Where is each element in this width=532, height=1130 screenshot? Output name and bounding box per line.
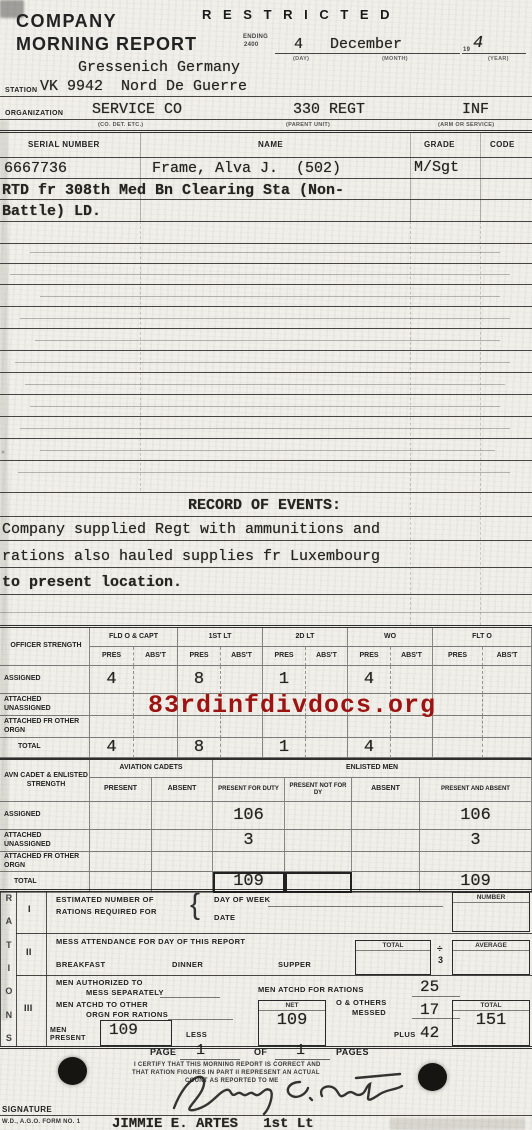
rations-total-value: 151 [453,1011,529,1030]
officer-row-label: TOTAL [0,738,90,758]
officer-sub-pres: PRES [90,647,134,666]
date-underline [275,53,460,54]
entry-remark-line1: RTD fr 308th Med Bn Clearing Sta (Non- [2,182,344,199]
officer-cell [483,716,532,738]
enlisted-col-header: ABSENT [152,778,213,802]
officer-row-label: ATTACHED UNASSIGNED [0,694,90,716]
plus-value: 42 [420,1024,439,1042]
officer-cell: 1 [263,738,306,758]
enlisted-group-cadets: AVIATION CADETS [90,760,213,778]
entry-remark-line2: Battle) LD. [2,203,101,220]
officer-sub-abst: ABS'T [483,647,532,666]
breakfast-label: BREAKFAST [56,961,105,969]
officer-cell: 8 [178,738,221,758]
officer-cell [134,738,178,758]
roster-col-serial: SERIAL NUMBER [28,141,100,150]
organization-underline [0,119,532,120]
officer-cell [433,738,483,758]
org-arm-caption: (ARM OR SERVICE) [438,122,494,128]
org-unit-caption: (CO. DET. ETC.) [98,122,143,128]
officer-cell [391,738,433,758]
station-underline [0,96,532,97]
enlisted-cell: 106 [213,802,285,830]
location-typed: Gressenich Germany [78,59,240,76]
brace-glyph: { [190,888,200,921]
enlisted-cell [352,830,420,852]
year-caption: (YEAR) [488,56,509,62]
officer-cell [134,666,178,694]
plus-label: PLUS [394,1031,416,1039]
page-label: PAGE [150,1048,176,1058]
officer-sub-pres: PRES [433,647,483,666]
rations-number-box: NUMBER [452,892,530,932]
officer-cell [483,738,532,758]
events-line3: to present location. [2,574,182,591]
roster-col-name: NAME [258,141,283,150]
punch-hole-left [58,1057,87,1085]
record-of-events-title: RECORD OF EVENTS: [188,497,341,514]
mess-total-box: TOTAL [355,940,431,975]
enlisted-cell [152,852,213,872]
others-messed-label1: O & OTHERS [336,999,387,1007]
men-present-label: MEN PRESENT [50,1027,86,1042]
rations-day-of-week-label: DAY OF WEEK [214,896,271,904]
net-label: NET [259,1001,325,1011]
officer-cell: 4 [348,666,391,694]
station-value: VK 9942 Nord De Guerre [40,78,247,95]
officer-row-label: ASSIGNED [0,666,90,694]
year-underline [462,53,526,54]
rations-number-label: NUMBER [453,893,529,903]
enlisted-col-header: PRESENT [90,778,152,802]
enlisted-row-label: ATTACHED FR OTHER ORGN [0,852,90,872]
events-top-line [0,492,532,493]
enlisted-cell: 106 [420,802,532,830]
classification-banner: R E S T R I C T E D [202,8,394,22]
enlisted-cell [152,830,213,852]
ending-time: 2400 [244,42,259,49]
supper-label: SUPPER [278,961,311,969]
less-label: LESS [186,1031,207,1039]
report-title-line1: COMPANY [16,12,117,32]
enlisted-col-header: PRESENT AND ABSENT [420,778,532,802]
scan-blemish [0,0,24,18]
enlisted-cell [352,852,420,872]
typed-officer-name: JIMMIE E. ARTES 1st Lt [112,1116,314,1130]
enlisted-col-header: ABSENT [352,778,420,802]
enlisted-cell: 3 [420,830,532,852]
enlisted-row-label: ASSIGNED [0,802,90,830]
roster-col-grade: GRADE [424,141,455,150]
report-title-line2: MORNING REPORT [16,35,197,55]
events-title-underline [0,516,532,517]
enlisted-col-header: PRESENT FOR DUTY [213,778,285,802]
rations-total-box: TOTAL 151 [452,1000,530,1046]
officer-sub-pres: PRES [348,647,391,666]
officer-cell [90,694,134,716]
men-atchd-other-label1: MEN ATCHD TO OTHER [56,1001,148,1009]
pages-value: 1 [296,1042,305,1059]
pages-label: PAGES [336,1048,369,1058]
men-present-value-box: 109 [100,1020,172,1046]
officer-cell [306,738,348,758]
mess-average-box: AVERAGE [452,940,530,975]
men-authorized-label1: MEN AUTHORIZED TO [56,979,143,987]
rations-estimated-label2: RATIONS REQUIRED FOR [56,908,157,916]
officer-group-wo: WO [348,628,433,647]
enlisted-cell [90,802,152,830]
rations-numeral-1: I [28,905,31,915]
officer-cell [221,666,263,694]
illegible-smudge [390,1118,525,1130]
officer-cell [221,738,263,758]
events-rule3 [0,594,532,595]
punch-hole-right [418,1063,447,1091]
officer-cell [90,716,134,738]
ending-label: ENDING [243,34,268,41]
officer-row-label: ATTACHED FR OTHER ORGN [0,716,90,738]
officer-cell [306,666,348,694]
signature-handwriting [160,1068,410,1116]
enlisted-row-label: ATTACHED UNASSIGNED [0,830,90,852]
officer-sub-abst: ABS'T [306,647,348,666]
day-caption: (DAY) [293,56,309,62]
org-parent-caption: (PARENT UNIT) [286,122,330,128]
rations-numeral-3: III [24,1004,33,1014]
men-atchd-other-label2: ORGN FOR RATIONS [86,1011,168,1019]
officer-sub-pres: PRES [178,647,221,666]
roster-top-border [0,130,532,133]
events-line2: rations also hauled supplies fr Luxembou… [2,548,380,565]
enlisted-cell [285,802,352,830]
entry-underline [0,178,532,179]
roster-col-code: CODE [490,141,515,150]
officer-cell: 4 [90,738,134,758]
year-field: 4 [473,34,483,53]
entry-grade: M/Sgt [414,159,459,176]
officer-cell [433,666,483,694]
officer-group-2dlt: 2D LT [263,628,348,647]
rations-total-label: TOTAL [453,1001,529,1011]
officer-corner-label: OFFICER STRENGTH [0,628,90,666]
roster-header-bottom [0,157,532,158]
officer-sub-abst: ABS'T [221,647,263,666]
enlisted-cell: 3 [213,830,285,852]
date-day-field: 4 [294,36,303,53]
station-label: STATION [5,87,37,95]
org-unit-value: SERVICE CO [92,101,182,118]
divide-sign: ÷ [437,944,443,955]
page-value: 1 [196,1042,205,1059]
entry-name: Frame, Alva J. (502) [152,160,341,177]
officer-cell: 4 [348,738,391,758]
officer-group-flto: FLT O [433,628,532,647]
officer-cell [483,694,532,716]
divide-by-three: 3 [438,956,443,966]
mess-total-label: TOTAL [356,941,430,951]
remark2-underline [0,221,532,222]
org-parent-value: 330 REGT [293,101,365,118]
men-atchd-rations-label: MEN ATCHD FOR RATIONS [258,986,364,994]
officer-cell: 8 [178,666,221,694]
officer-sub-pres: PRES [263,647,306,666]
others-messed-value: 17 [420,1001,439,1019]
org-arm-value: INF [462,101,489,118]
enlisted-group-men: ENLISTED MEN [213,760,532,778]
officer-cell [433,694,483,716]
enlisted-cell [152,802,213,830]
enlisted-cell [285,852,352,872]
entry-serial: 6667736 [4,160,67,177]
scan-blemish [0,120,8,1020]
net-value: 109 [259,1011,325,1030]
morning-report-document: R E S T R I C T E D COMPANY MORNING REPO… [0,0,532,1130]
officer-group-fldo: FLD O & CAPT [90,628,178,647]
men-atchd-rations-value: 25 [420,978,439,996]
enlisted-cell [352,802,420,830]
officer-cell: 4 [90,666,134,694]
enlisted-cell [285,830,352,852]
date-month-field: December [330,36,402,53]
mess-average-label: AVERAGE [453,941,529,951]
organization-label: ORGANIZATION [5,110,63,118]
enlisted-strength-table: AVN CADET & ENLISTED STRENGTH AVIATION C… [0,758,532,893]
net-box: NET 109 [258,1000,326,1046]
of-label: OF [254,1048,267,1058]
others-messed-label2: MESSED [352,1009,386,1017]
events-line1: Company supplied Regt with ammunitions a… [2,521,380,538]
officer-group-1stlt: 1ST LT [178,628,263,647]
dinner-label: DINNER [172,961,203,969]
men-authorized-label2: MESS SEPARATELY [86,989,164,997]
officer-cell [391,666,433,694]
officer-cell [433,716,483,738]
mess-attendance-label: MESS ATTENDANCE FOR DAY OF THIS REPORT [56,938,245,946]
enlisted-cell [90,830,152,852]
enlisted-col-header: PRESENT NOT FOR DY [285,778,352,802]
enlisted-cell [420,852,532,872]
enlisted-cell [90,852,152,872]
rations-numeral-2: II [26,948,32,958]
rations-estimated-label1: ESTIMATED NUMBER OF [56,896,154,904]
signature-label: SIGNATURE [2,1106,52,1115]
enlisted-cell [213,852,285,872]
officer-sub-abst: ABS'T [391,647,433,666]
officer-cell [483,666,532,694]
officer-cell: 1 [263,666,306,694]
remark1-underline [0,199,532,200]
events-rule2 [0,567,532,568]
form-number: W.D., A.G.O. FORM NO. 1 [2,1119,80,1126]
enlisted-corner-label: AVN CADET & ENLISTED STRENGTH [0,760,90,802]
officer-sub-abst: ABS'T [134,647,178,666]
rations-date-label: DATE [214,914,235,922]
watermark-text: 83rdinfdivdocs.org [148,691,436,720]
month-caption: (MONTH) [382,56,408,62]
men-present-value: 109 [101,1021,171,1039]
events-rule4 [0,612,532,613]
events-rule1 [0,540,532,541]
